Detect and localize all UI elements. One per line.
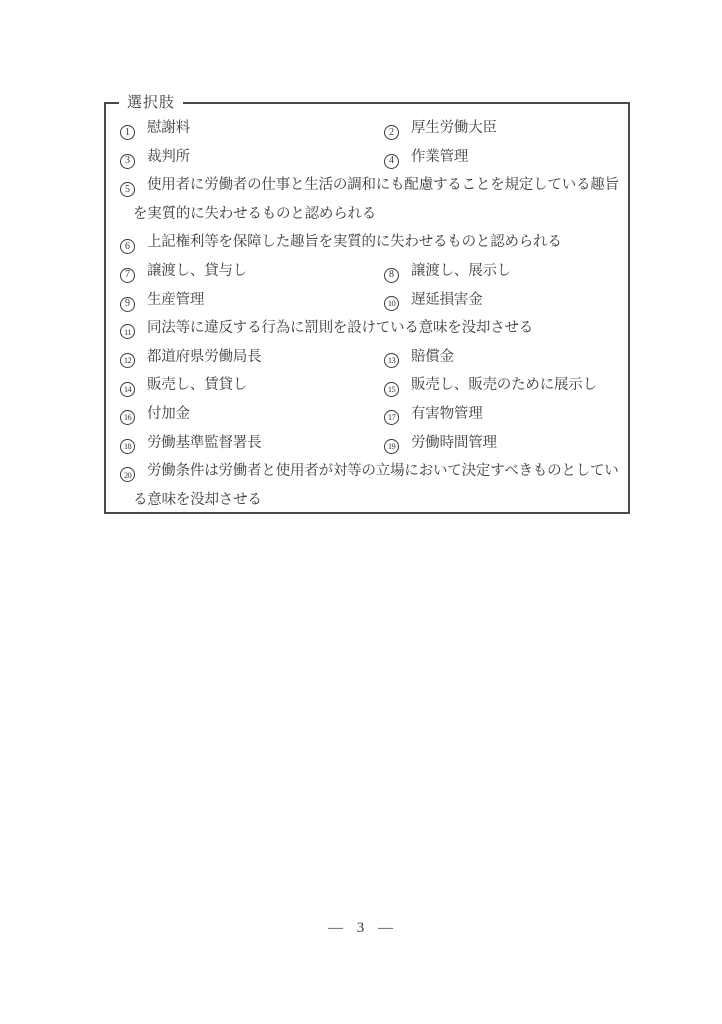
choice-row: 14販売し、賃貸し 15販売し、販売のために展示し — [120, 371, 620, 400]
choice-item-6: 6上記権利等を保障した趣旨を実質的に失わせるものと認められる — [120, 228, 620, 257]
choices-box: 選択肢 1慰謝料 2厚生労働大臣 3裁判所 4作業管理 5使用者に労働者の仕事と… — [104, 102, 630, 514]
choice-row: 18労働基準監督署長 19労働時間管理 — [120, 429, 620, 458]
choice-number-16: 16 — [120, 410, 135, 425]
choice-item-19: 19労働時間管理 — [384, 429, 497, 458]
choice-row: 12都道府県労働局長 13賠償金 — [120, 343, 620, 372]
choice-item-20: 20労働条件は労働者と使用者が対等の立場において決定すべきものとしている意味を没… — [120, 457, 620, 514]
choice-text-16: 付加金 — [147, 406, 190, 422]
choice-text-3: 裁判所 — [147, 149, 190, 165]
choice-number-2: 2 — [384, 125, 399, 140]
choice-number-9: 9 — [120, 297, 135, 312]
choice-number-4: 4 — [384, 154, 399, 169]
choice-number-8: 8 — [384, 268, 399, 283]
choice-item-1: 1慰謝料 — [120, 114, 384, 143]
choice-number-11: 11 — [120, 324, 135, 339]
choice-number-13: 13 — [384, 353, 399, 368]
choice-row: 7譲渡し、貸与し 8譲渡し、展示し — [120, 257, 620, 286]
choice-text-1: 慰謝料 — [147, 120, 190, 136]
choice-row: 1慰謝料 2厚生労働大臣 — [120, 114, 620, 143]
page-number: — 3 — — [0, 920, 722, 937]
choice-text-15: 販売し、販売のために展示し — [411, 377, 597, 393]
choice-row: 16付加金 17有害物管理 — [120, 400, 620, 429]
choice-text-7: 譲渡し、貸与し — [147, 263, 247, 279]
choice-item-2: 2厚生労働大臣 — [384, 114, 497, 143]
choice-item-9: 9生産管理 — [120, 286, 384, 315]
choice-number-14: 14 — [120, 382, 135, 397]
choices-list: 1慰謝料 2厚生労働大臣 3裁判所 4作業管理 5使用者に労働者の仕事と生活の調… — [106, 104, 628, 514]
choice-item-11: 11同法等に違反する行為に罰則を設けている意味を没却させる — [120, 314, 620, 343]
choice-number-7: 7 — [120, 268, 135, 283]
choice-text-2: 厚生労働大臣 — [411, 120, 497, 136]
choice-number-1: 1 — [120, 125, 135, 140]
choice-number-3: 3 — [120, 154, 135, 169]
choice-item-3: 3裁判所 — [120, 143, 384, 172]
choice-text-14: 販売し、賃貸し — [147, 377, 247, 393]
choice-row: 9生産管理 10遅延損害金 — [120, 286, 620, 315]
choice-number-5: 5 — [120, 182, 135, 197]
choice-number-18: 18 — [120, 439, 135, 454]
choice-item-15: 15販売し、販売のために展示し — [384, 371, 597, 400]
choice-text-12: 都道府県労働局長 — [147, 349, 261, 365]
choice-item-18: 18労働基準監督署長 — [120, 429, 384, 458]
choice-text-17: 有害物管理 — [411, 406, 483, 422]
choice-item-13: 13賠償金 — [384, 343, 454, 372]
choice-number-10: 10 — [384, 296, 399, 311]
choice-text-5: 使用者に労働者の仕事と生活の調和にも配慮することを規定している趣旨を実質的に失わ… — [133, 177, 619, 222]
choice-number-19: 19 — [384, 439, 399, 454]
choice-item-10: 10遅延損害金 — [384, 286, 483, 315]
choice-item-5: 5使用者に労働者の仕事と生活の調和にも配慮することを規定している趣旨を実質的に失… — [120, 171, 620, 228]
choice-item-17: 17有害物管理 — [384, 400, 483, 429]
choice-text-13: 賠償金 — [411, 349, 454, 365]
choice-text-8: 譲渡し、展示し — [411, 263, 511, 279]
choice-item-7: 7譲渡し、貸与し — [120, 257, 384, 286]
choice-number-17: 17 — [384, 410, 399, 425]
choice-text-9: 生産管理 — [147, 292, 204, 308]
choice-row: 3裁判所 4作業管理 — [120, 143, 620, 172]
choice-item-14: 14販売し、賃貸し — [120, 371, 384, 400]
choice-item-8: 8譲渡し、展示し — [384, 257, 511, 286]
choice-text-20: 労働条件は労働者と使用者が対等の立場において決定すべきものとしている意味を没却さ… — [133, 463, 619, 508]
choice-item-16: 16付加金 — [120, 400, 384, 429]
choice-text-18: 労働基準監督署長 — [147, 435, 261, 451]
choice-item-12: 12都道府県労働局長 — [120, 343, 384, 372]
choice-text-11: 同法等に違反する行為に罰則を設けている意味を没却させる — [147, 320, 533, 336]
choice-number-20: 20 — [120, 467, 135, 482]
choice-text-10: 遅延損害金 — [411, 292, 483, 308]
choice-text-4: 作業管理 — [411, 149, 468, 165]
choice-number-12: 12 — [120, 353, 135, 368]
choice-item-4: 4作業管理 — [384, 143, 468, 172]
choice-text-6: 上記権利等を保障した趣旨を実質的に失わせるものと認められる — [147, 234, 562, 250]
choice-text-19: 労働時間管理 — [411, 435, 497, 451]
choice-number-15: 15 — [384, 382, 399, 397]
choice-number-6: 6 — [120, 239, 135, 254]
